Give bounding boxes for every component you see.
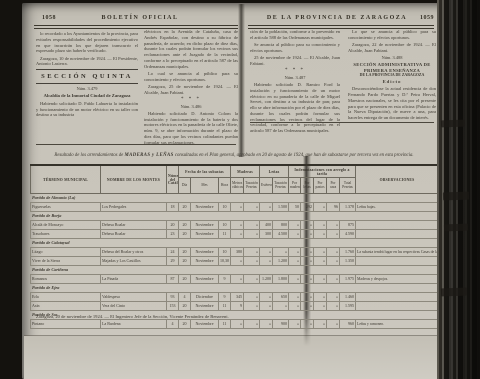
caption-text: consultadas en el Plan general, aprobado… xyxy=(174,153,414,158)
cell-monte xyxy=(101,212,167,221)
cell-por-caza: » xyxy=(327,248,340,257)
col-header-tasacion-lenas: Tasación Pesetas xyxy=(273,178,289,194)
cell-estereos: » xyxy=(260,257,273,266)
cell-tasacion-lenas: » xyxy=(273,248,289,257)
cell-monte xyxy=(101,284,167,293)
cell-monte: Dehesa Boalar xyxy=(101,230,167,239)
cell-dia: 20 xyxy=(179,257,191,266)
cell-monte: La Bardena xyxy=(101,320,167,329)
cell-mes: Noviembre xyxy=(191,257,219,266)
cell-dia xyxy=(179,266,191,275)
cell-termino: Partido de Borja xyxy=(31,212,101,221)
cell-por-caza: » xyxy=(327,302,340,311)
cell-termino: Trasobares xyxy=(31,230,101,239)
cell-por-lenas: » xyxy=(301,320,314,329)
caption-text: Resultado de los arrendamientos de xyxy=(54,153,124,158)
paragraph: Habiendo solicitado D. Antonio Colom la … xyxy=(144,111,238,145)
section-administrativa-subheading: DE LA PROVINCIA DE ZARAGOZA xyxy=(348,73,436,78)
cell-por-maderas: » xyxy=(289,230,301,239)
cell-observaciones: Leñas y ramoneo. xyxy=(356,320,439,329)
left-page-number: 1058 xyxy=(42,15,56,21)
cell-catalogo: 93 xyxy=(167,293,179,302)
cell-termino: Alcalá de Moncayo xyxy=(31,221,101,230)
table-row: Litago Dehesa del Boalar y otros 24 20 N… xyxy=(31,248,439,257)
paragraph: eléctricos en la Avenida de Cataluña, ca… xyxy=(144,29,238,69)
dateline: Zaragoza, 25 de noviembre de 1924. — El … xyxy=(144,84,238,96)
col-header-m3: Metros cúbicos xyxy=(231,178,244,194)
right-column-2: Lo que se anuncia al público para su con… xyxy=(348,29,436,121)
dateline: Zaragoza, 10 de noviembre de 1924. — El … xyxy=(36,56,138,68)
paragraph: Se anuncia al público para su conocimien… xyxy=(250,42,340,54)
cell-por-maderas: » xyxy=(289,248,301,257)
col-header-lenas: Leñas xyxy=(260,165,289,178)
table-row: Romanos La Pinada 87 20 Noviembre 9 » » … xyxy=(31,275,439,284)
cell-m3: 380 xyxy=(231,248,244,257)
blank-foldout-strip xyxy=(24,336,440,379)
cell-monte: La Pinada xyxy=(101,275,167,284)
cell-m3 xyxy=(231,266,244,275)
cell-estereos: » xyxy=(260,248,273,257)
cell-por-maderas: » xyxy=(289,302,301,311)
cell-por-lenas xyxy=(301,266,314,275)
asterisk-divider: * * * xyxy=(144,97,238,103)
cell-por-lenas: » xyxy=(301,257,314,266)
section-administrativa-heading: SECCIÓN ADMINISTRATIVA DE PRIMERA ENSEÑA… xyxy=(348,62,436,74)
cell-por-maderas: 50 xyxy=(289,203,301,212)
cell-por-pastos: » xyxy=(314,230,327,239)
cell-tasacion-maderas xyxy=(244,266,260,275)
cell-por-maderas xyxy=(289,212,301,221)
cell-dia: 4 xyxy=(179,293,191,302)
cell-hora: 10 xyxy=(219,221,231,230)
col-header-por-caza: Por caza xyxy=(327,178,340,194)
cell-observaciones xyxy=(356,212,439,221)
cell-por-pastos: » xyxy=(314,320,327,329)
cell-monte: Dehesa Boalar xyxy=(101,221,167,230)
paragraph: lo recordado a los Ayuntamientos de la p… xyxy=(36,31,138,54)
table-signature: Zaragoza, 20 de noviembre de 1924. — El … xyxy=(36,314,356,319)
col-header-mes: Mes xyxy=(191,178,219,194)
cell-estereos: » xyxy=(260,302,273,311)
cell-m3 xyxy=(231,212,244,221)
cell-total: 875 xyxy=(340,221,356,230)
table-row: Erla Valdespesa 93 4 Diciembre 9 345 » »… xyxy=(31,293,439,302)
table-caption: Resultado de los arrendamientos de MADER… xyxy=(34,153,434,158)
cell-por-caza xyxy=(327,284,340,293)
table-row: Pintano La Bardena 4 20 Noviembre 11 » »… xyxy=(31,320,439,329)
cell-estereos: » xyxy=(260,320,273,329)
right-running-title: DE LA PROVINCIA DE ZARAGOZA xyxy=(262,15,412,21)
cell-por-lenas: 292 xyxy=(301,203,314,212)
asterisk-divider: * * * xyxy=(250,68,340,74)
cell-estereos: 1.200 xyxy=(260,275,273,284)
cell-tasacion-lenas: 800 xyxy=(273,221,289,230)
table-row: Trasobares Dehesa Boalar 23 20 Noviembre… xyxy=(31,230,439,239)
cell-m3 xyxy=(231,284,244,293)
cell-total xyxy=(340,266,356,275)
cell-total: 4.590 xyxy=(340,230,356,239)
table-row: Partido de Almunia (La) xyxy=(31,194,439,203)
cell-hora xyxy=(219,212,231,221)
cell-termino: Figueruelas xyxy=(31,203,101,212)
cell-por-caza: » xyxy=(327,221,340,230)
cell-por-lenas xyxy=(301,239,314,248)
cell-catalogo xyxy=(167,284,179,293)
table-row: Figueruelas Los Pedregales 18 20 Noviemb… xyxy=(31,203,439,212)
cell-por-caza: » xyxy=(327,257,340,266)
cell-catalogo: 20 xyxy=(167,221,179,230)
cell-por-caza: 96 xyxy=(327,203,340,212)
cell-termino: Partido de Ejea xyxy=(31,284,101,293)
foldout-crease-line xyxy=(24,335,438,336)
left-column-2: eléctricos en la Avenida de Cataluña, ca… xyxy=(144,29,238,145)
cell-hora: 11 xyxy=(219,230,231,239)
cell-por-caza xyxy=(327,212,340,221)
cell-mes xyxy=(191,212,219,221)
col-header-por-maderas: Por maderas xyxy=(289,178,301,194)
announcement-number: Núm. 3.479 xyxy=(36,86,138,92)
cell-por-pastos xyxy=(314,266,327,275)
cell-mes: Noviembre xyxy=(191,275,219,284)
cell-mes: Noviembre xyxy=(191,221,219,230)
cell-dia: 20 xyxy=(179,275,191,284)
page-curl-fragment xyxy=(441,120,465,128)
left-column-1: lo recordado a los Ayuntamientos de la p… xyxy=(36,31,138,145)
page-curl-fragment xyxy=(441,288,467,297)
cell-tasacion-maderas: » xyxy=(244,275,260,284)
cell-termino: Romanos xyxy=(31,275,101,284)
cell-termino: Partido de Cariñena xyxy=(31,266,101,275)
table-row: Partido de Ejea xyxy=(31,284,439,293)
cell-por-lenas xyxy=(301,284,314,293)
cell-por-caza xyxy=(327,194,340,203)
cell-monte xyxy=(101,194,167,203)
cell-estereos xyxy=(260,194,273,203)
table-row: Viver de la Sierra Majadas y Los Castill… xyxy=(31,257,439,266)
cell-catalogo: 23 xyxy=(167,230,179,239)
cell-estereos xyxy=(260,284,273,293)
cell-mes: Noviembre xyxy=(191,230,219,239)
cell-por-caza: » xyxy=(327,293,340,302)
cell-hora: 10 xyxy=(219,248,231,257)
cell-termino: Partido de Calatayud xyxy=(31,239,101,248)
paragraph: Habiendo solicitado D. Pablo Lahuerta la… xyxy=(36,101,138,118)
col-header-total: Total Pesetas xyxy=(340,178,356,194)
cell-observaciones: La subasta tendrá lugar en las respectiv… xyxy=(356,248,439,257)
cell-tasacion-maderas: » xyxy=(244,320,260,329)
cell-por-maderas: » xyxy=(289,320,301,329)
col-header-termino: TÉRMINO MUNICIPAL xyxy=(31,165,101,194)
cell-observaciones xyxy=(356,230,439,239)
cell-por-caza: » xyxy=(327,320,340,329)
announcement-number: Núm. 3.487 xyxy=(250,75,340,81)
cell-monte xyxy=(101,266,167,275)
alcaldia-subheader: Alcaldía de la Inmortal Ciudad de Zarago… xyxy=(36,93,138,99)
left-page-bottom-rule xyxy=(36,144,236,145)
cell-por-caza: » xyxy=(327,275,340,284)
cell-total: 1.975 xyxy=(340,275,356,284)
table-row: Asín Vera del Cinto 153 20 Noviembre 11 … xyxy=(31,302,439,311)
cell-m3: » xyxy=(231,275,244,284)
cell-mes xyxy=(191,284,219,293)
cell-catalogo: 24 xyxy=(167,248,179,257)
cell-tasacion-maderas xyxy=(244,194,260,203)
col-header-por-lenas: Por leñas xyxy=(301,178,314,194)
cell-monte: Majadas y Los Castillos xyxy=(101,257,167,266)
cell-monte: Valdespesa xyxy=(101,293,167,302)
cell-tasacion-maderas xyxy=(244,284,260,293)
cell-por-lenas: » xyxy=(301,248,314,257)
cell-dia xyxy=(179,194,191,203)
cell-por-maderas: » xyxy=(289,257,301,266)
cell-por-pastos: » xyxy=(314,203,327,212)
cell-total: 1.760 xyxy=(340,248,356,257)
col-header-por-pastos: Por pastos xyxy=(314,178,327,194)
cell-dia: 20 xyxy=(179,320,191,329)
dateline: 25 de noviembre de 1924. — El Alcalde, J… xyxy=(250,55,340,67)
cell-dia: 20 xyxy=(179,302,191,311)
cell-m3: » xyxy=(231,230,244,239)
col-header-fecha: Fecha de las subastas xyxy=(179,165,231,178)
cell-monte: Dehesa del Boalar y otros xyxy=(101,248,167,257)
cell-por-lenas: » xyxy=(301,293,314,302)
cell-monte: Vera del Cinto xyxy=(101,302,167,311)
cell-por-maderas xyxy=(289,266,301,275)
announcement-number: Núm. 3.486 xyxy=(144,104,238,110)
cell-por-lenas: » xyxy=(301,230,314,239)
cell-total xyxy=(340,284,356,293)
cell-catalogo xyxy=(167,266,179,275)
cell-catalogo: 4 xyxy=(167,320,179,329)
paragraph: Desconociéndose la actual residencia de … xyxy=(348,86,436,121)
cell-hora: 10,30 xyxy=(219,257,231,266)
cell-por-pastos: » xyxy=(314,293,327,302)
cell-catalogo: 18 xyxy=(167,203,179,212)
cell-estereos xyxy=(260,266,273,275)
page-curl-fragment xyxy=(443,192,469,201)
cell-dia xyxy=(179,284,191,293)
cell-tasacion-maderas: » xyxy=(244,302,260,311)
cell-hora: 11 xyxy=(219,302,231,311)
cell-catalogo xyxy=(167,194,179,203)
cell-tasacion-lenas: 4.500 xyxy=(273,230,289,239)
cell-tasacion-maderas: » xyxy=(244,203,260,212)
cell-mes xyxy=(191,266,219,275)
cell-tasacion-lenas: » xyxy=(273,302,289,311)
cell-tasacion-lenas: 1.200 xyxy=(273,257,289,266)
cell-estereos: » xyxy=(260,203,273,212)
cell-mes xyxy=(191,194,219,203)
cell-m3: » xyxy=(231,221,244,230)
cell-por-maderas xyxy=(289,239,301,248)
cell-total: 1.378 xyxy=(340,203,356,212)
cell-mes: Noviembre xyxy=(191,320,219,329)
cell-dia xyxy=(179,212,191,221)
cell-tasacion-lenas xyxy=(273,239,289,248)
col-header-estereos: Estéreos xyxy=(260,178,273,194)
table-row: Partido de Borja xyxy=(31,212,439,221)
cell-monte: Los Pedregales xyxy=(101,203,167,212)
col-header-hora: Hora xyxy=(219,178,231,194)
col-header-dia: Día xyxy=(179,178,191,194)
cell-por-pastos xyxy=(314,212,327,221)
cell-mes: Noviembre xyxy=(191,203,219,212)
cell-catalogo: 29 xyxy=(167,257,179,266)
cell-observaciones: Maderas y despojos. xyxy=(356,275,439,284)
cell-por-pastos: » xyxy=(314,302,327,311)
cell-observaciones xyxy=(356,293,439,302)
cell-m3: » xyxy=(231,257,244,266)
cell-tasacion-lenas: 1.500 xyxy=(273,203,289,212)
announcement-number: Núm. 3.488 xyxy=(348,55,436,61)
cell-por-lenas: » xyxy=(301,221,314,230)
cell-observaciones xyxy=(356,302,439,311)
cell-tasacion-lenas: 900 xyxy=(273,320,289,329)
cell-tasacion-lenas xyxy=(273,212,289,221)
cell-hora xyxy=(219,266,231,275)
dateline: Zaragoza, 22 de noviembre de 1924. — El … xyxy=(348,42,436,54)
cell-total xyxy=(340,212,356,221)
cell-por-maderas: » xyxy=(289,221,301,230)
cell-mes: Noviembre xyxy=(191,302,219,311)
edicto-label: Edicto xyxy=(348,79,436,85)
cell-tasacion-lenas xyxy=(273,266,289,275)
paragraph: Lo que se anuncia al público para su con… xyxy=(348,29,436,41)
cell-por-pastos: » xyxy=(314,257,327,266)
cell-tasacion-lenas: 1.800 xyxy=(273,275,289,284)
cell-hora: 9 xyxy=(219,293,231,302)
cell-dia: 20 xyxy=(179,248,191,257)
cell-dia: 20 xyxy=(179,221,191,230)
cell-m3 xyxy=(231,194,244,203)
page-curl xyxy=(437,0,480,379)
cell-hora: 9 xyxy=(219,275,231,284)
cell-catalogo: 87 xyxy=(167,275,179,284)
cell-monte xyxy=(101,239,167,248)
paragraph: Habiendo solicitado D. Ramiro Ford la in… xyxy=(250,82,340,134)
table-row: Partido de Calatayud xyxy=(31,239,439,248)
cell-tasacion-lenas: 650 xyxy=(273,293,289,302)
cell-hora xyxy=(219,239,231,248)
cell-observaciones xyxy=(356,221,439,230)
cell-hora xyxy=(219,194,231,203)
cell-termino: Partido de Almunia (La) xyxy=(31,194,101,203)
cell-por-pastos xyxy=(314,239,327,248)
cell-tasacion-lenas xyxy=(273,194,289,203)
left-running-title: BOLETÍN OFICIAL xyxy=(80,15,200,21)
cell-hora xyxy=(219,284,231,293)
auction-table: TÉRMINO MUNICIPAL NOMBRE DE LOS MONTES N… xyxy=(30,164,439,329)
cell-observaciones xyxy=(356,194,439,203)
cell-tasacion-maderas xyxy=(244,239,260,248)
cell-por-maderas xyxy=(289,194,301,203)
cell-total xyxy=(340,239,356,248)
cell-por-maderas: » xyxy=(289,275,301,284)
cell-dia: 20 xyxy=(179,230,191,239)
cell-observaciones xyxy=(356,239,439,248)
page-curl-fragment xyxy=(444,224,468,232)
cell-termino: Asín xyxy=(31,302,101,311)
cell-mes: Diciembre xyxy=(191,293,219,302)
cell-por-pastos: » xyxy=(314,221,327,230)
cell-estereos: 400 xyxy=(260,221,273,230)
cell-total: 1.350 xyxy=(340,257,356,266)
cell-por-caza xyxy=(327,266,340,275)
cell-catalogo xyxy=(167,239,179,248)
cell-tasacion-maderas: » xyxy=(244,248,260,257)
table-header-row-groups: TÉRMINO MUNICIPAL NOMBRE DE LOS MONTES N… xyxy=(31,165,439,178)
cell-tasacion-maderas xyxy=(244,212,260,221)
cell-por-pastos xyxy=(314,284,327,293)
cell-estereos: » xyxy=(260,293,273,302)
cell-catalogo xyxy=(167,212,179,221)
cell-estereos xyxy=(260,212,273,221)
cell-mes xyxy=(191,239,219,248)
auction-table-body: Partido de Almunia (La) Figueruelas xyxy=(31,194,439,329)
cell-total: 960 xyxy=(340,320,356,329)
cell-dia: 20 xyxy=(179,203,191,212)
auction-table-wrapper: TÉRMINO MUNICIPAL NOMBRE DE LOS MONTES N… xyxy=(30,164,439,329)
col-header-montes: NOMBRE DE LOS MONTES xyxy=(101,165,167,194)
cell-tasacion-maderas: » xyxy=(244,293,260,302)
table-row: Partido de Cariñena xyxy=(31,266,439,275)
paragraph: ción de la población, conforme a lo prev… xyxy=(250,29,340,41)
cell-observaciones: Leñas bajas. xyxy=(356,203,439,212)
paragraph: Lo cual se anuncia al público para su co… xyxy=(144,71,238,83)
cell-por-lenas: » xyxy=(301,302,314,311)
right-page-number: 1059 xyxy=(420,15,434,21)
cell-total: 1.595 xyxy=(340,302,356,311)
cell-tasacion-maderas: » xyxy=(244,221,260,230)
col-header-catalogo: Número del Catálogo xyxy=(167,165,179,194)
cell-observaciones xyxy=(356,266,439,275)
cell-estereos xyxy=(260,239,273,248)
cell-tasacion-lenas xyxy=(273,284,289,293)
cell-total xyxy=(340,194,356,203)
cell-m3: » xyxy=(231,203,244,212)
cell-estereos: 300 xyxy=(260,230,273,239)
cell-tasacion-maderas: » xyxy=(244,230,260,239)
cell-por-pastos: » xyxy=(314,248,327,257)
cell-observaciones xyxy=(356,311,439,320)
cell-m3: » xyxy=(231,320,244,329)
cell-tasacion-maderas: » xyxy=(244,257,260,266)
col-header-maderas: Maderas xyxy=(231,165,260,178)
cell-por-lenas: » xyxy=(301,275,314,284)
cell-mes: Noviembre xyxy=(191,248,219,257)
cell-catalogo: 153 xyxy=(167,302,179,311)
cell-por-maderas: » xyxy=(289,293,301,302)
table-row: Alcalá de Moncayo Dehesa Boalar 20 20 No… xyxy=(31,221,439,230)
cell-por-caza: » xyxy=(327,230,340,239)
cell-hora: 11 xyxy=(219,320,231,329)
section-quinta-heading: SECCIÓN QUINTA xyxy=(36,69,138,84)
cell-termino: Litago xyxy=(31,248,101,257)
cell-termino: Erla xyxy=(31,293,101,302)
cell-termino: Pintano xyxy=(31,320,101,329)
cell-termino: Viver de la Sierra xyxy=(31,257,101,266)
cell-dia xyxy=(179,239,191,248)
cell-total: 1.460 xyxy=(340,293,356,302)
cell-m3: 345 xyxy=(231,293,244,302)
cell-por-lenas xyxy=(301,212,314,221)
book-gutter-shadow-top xyxy=(238,4,245,157)
cell-observaciones xyxy=(356,284,439,293)
cell-por-lenas xyxy=(301,194,314,203)
col-header-tasacion-maderas: Tasación Pesetas xyxy=(244,178,260,194)
cell-por-pastos: » xyxy=(314,275,327,284)
cell-m3: 9 xyxy=(231,302,244,311)
